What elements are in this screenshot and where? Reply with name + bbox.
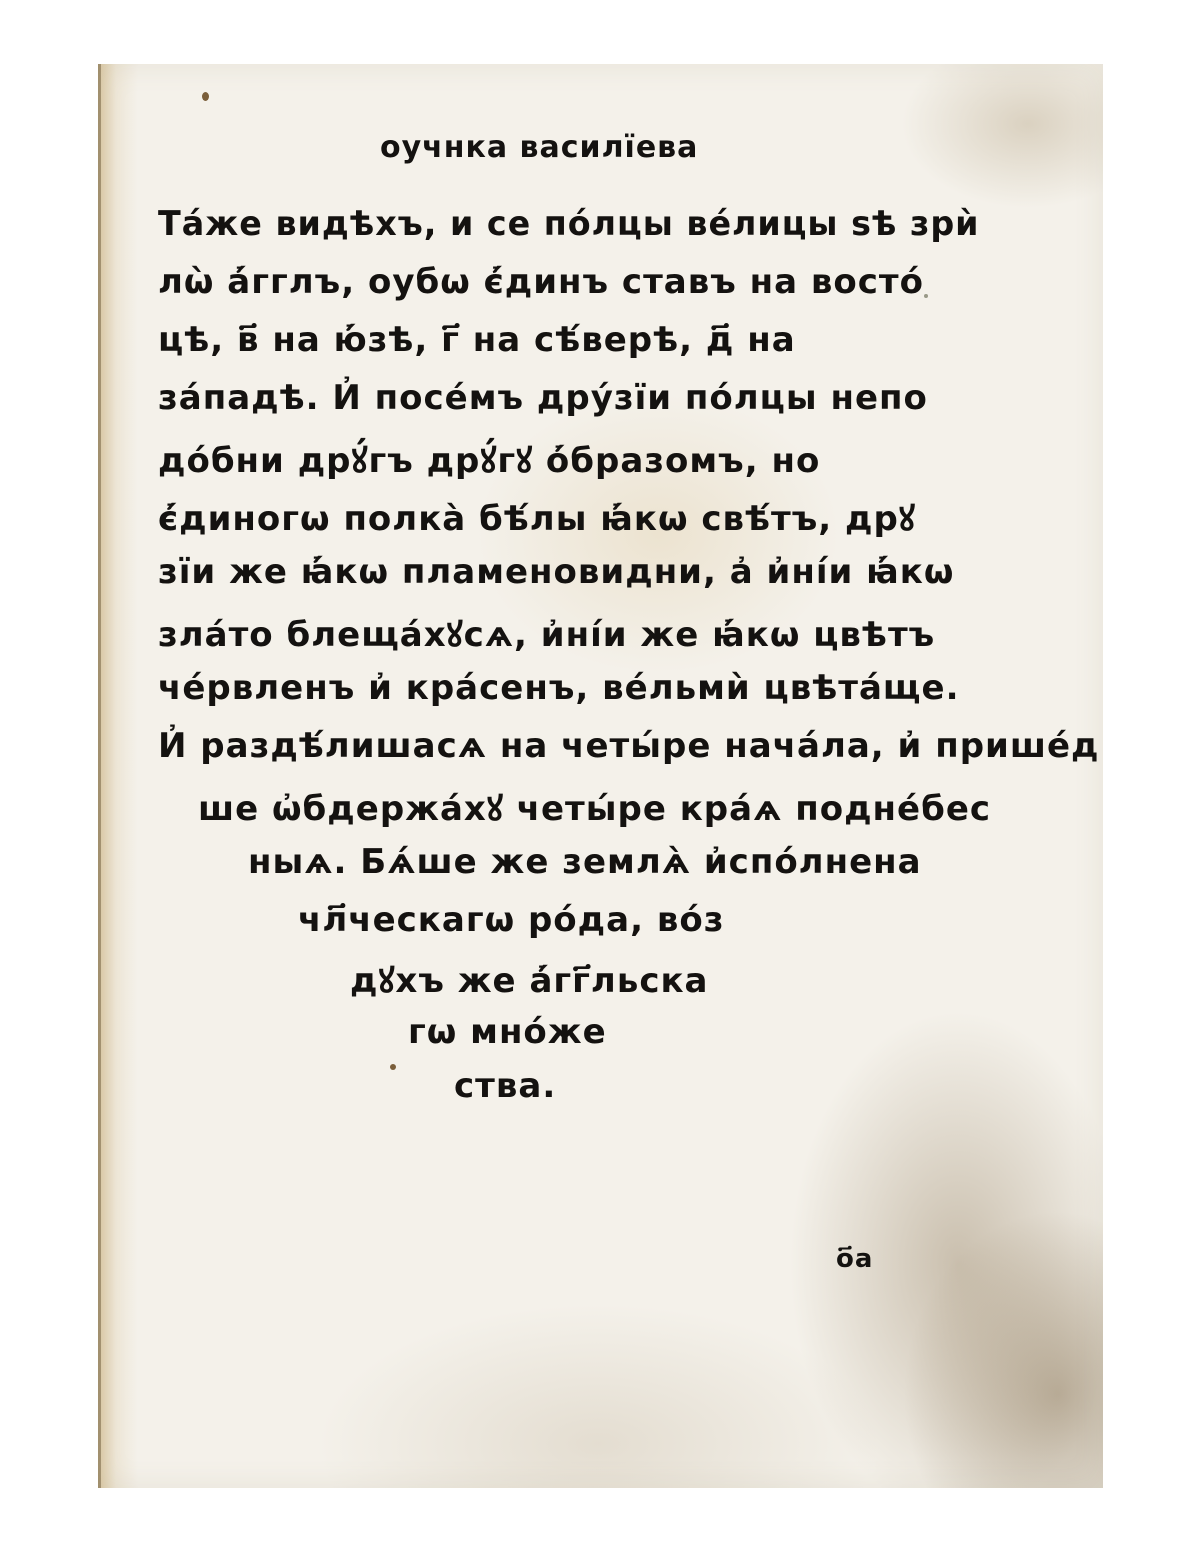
text-line-13: чл҃ческагѡ ро́да, во́з [298, 900, 724, 940]
text-line-7: зїи же ꙗ҆́кѡ пламеновидни, а҆ и҆ні́и ꙗ҆́… [158, 552, 954, 592]
text-line-15: гѡ мно́же [408, 1012, 607, 1052]
book-page: оучнка василїева Та́же видѣхъ, и се по́л… [98, 64, 1103, 1488]
text-line-9: че́рвленъ и҆ кра́сенъ, ве́льмѝ цвѣта́ще. [158, 668, 960, 708]
text-line-6: є҆́диногѡ полка̀ бѣ́лы ꙗ҆́кѡ свѣ́тъ, дрꙋ [158, 494, 916, 540]
text-line-3: цѣ, в҃ на ю҆́зѣ, г҃ на сѣ́верѣ, д҃ на [158, 320, 796, 360]
text-line-10: И҆ раздѣ́лишасѧ на четы́ре нача́ла, и҆ п… [158, 726, 1099, 766]
paper-stain [202, 92, 209, 101]
text-line-14: дꙋхъ же а҆́гг҃льска [350, 956, 709, 1002]
text-line-2: лѡ̀ а҆́гглъ, оубѡ є҆́динъ ставъ на восто… [158, 262, 924, 302]
text-line-11: ше ѡ҆бдержа́хꙋ четы́ре кра́ѧ подне́бес [198, 784, 991, 830]
folio-number: о҃а [836, 1244, 873, 1274]
paper-stain [390, 1064, 396, 1070]
page-heading: оучнка василїева [380, 130, 698, 165]
text-line-12: ныѧ. Бѧ́ше же землѧ̀ и҆спо́лнена [248, 842, 922, 882]
text-line-4: за́падѣ. И҆ посе́мъ дру́зїи по́лцы непо [158, 378, 928, 418]
text-line-16: ства. [454, 1066, 556, 1106]
text-line-5: до́бни дрꙋ́гъ дрꙋ́гꙋ о҆́бразомъ, но [158, 436, 820, 482]
text-line-1: Та́же видѣхъ, и се по́лцы ве́лицы ѕѣ зрѝ [158, 204, 980, 244]
paper-stain [924, 294, 928, 298]
text-line-8: зла́то блеща́хꙋсѧ, и҆ні́и же ꙗ҆́кѡ цвѣтъ [158, 610, 935, 656]
